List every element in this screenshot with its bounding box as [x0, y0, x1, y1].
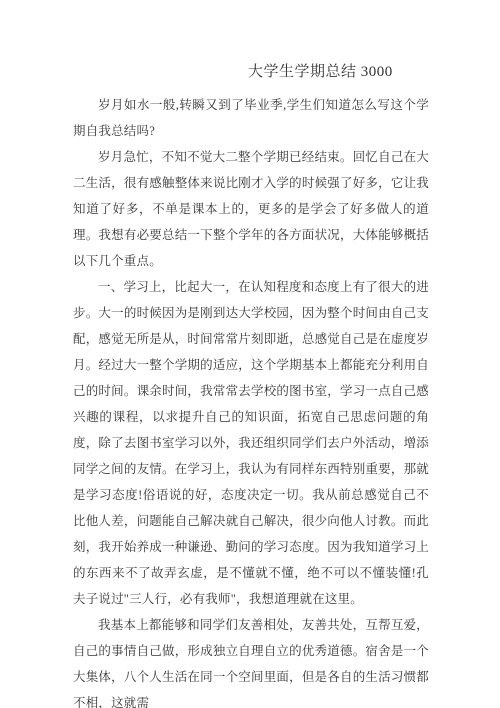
paragraph-overview: 岁月急忙，不知不觉大二整个学期已经结束。回忆自己在大二生活，很有感触整体来说比刚… [73, 144, 429, 274]
paragraph-intro: 岁月如水一般,转瞬又到了毕业季,学生们知道怎么写这个学期自我总结吗? [73, 92, 429, 144]
paragraph-life: 我基本上都能够和同学们友善相处，友善共处，互帮互爱，自己的事情自己做，形成独立自… [73, 612, 429, 708]
paragraph-study: 一、学习上，比起大一，在认知程度和态度上有了很大的进步。大一的时候因为是刚到达大… [73, 274, 429, 612]
document-title: 大学生学期总结 3000 [248, 62, 393, 83]
document-body: 岁月如水一般,转瞬又到了毕业季,学生们知道怎么写这个学期自我总结吗? 岁月急忙，… [73, 92, 429, 708]
document-page: 大学生学期总结 3000 岁月如水一般,转瞬又到了毕业季,学生们知道怎么写这个学… [0, 0, 500, 708]
